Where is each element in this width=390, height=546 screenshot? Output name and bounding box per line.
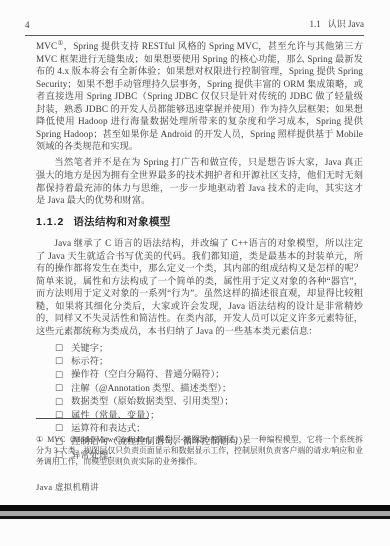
ballot-box-icon: □: [55, 343, 63, 353]
paragraph-lead: MVC: [36, 41, 57, 51]
section-title: 认识 Java: [328, 19, 364, 29]
page-number: 4: [25, 20, 30, 30]
page-body: MVC①，Spring 提供支持 RESTful 风格的 Spring MVC，…: [36, 40, 363, 462]
ballot-box-icon: □: [55, 370, 63, 380]
list-item: □数据类型（原始数据类型、引用类型）；: [55, 395, 363, 408]
list-item-label: 关键字；: [71, 343, 108, 353]
ballot-box-icon: □: [55, 356, 63, 366]
paragraph-java-strength: 当然笔者并不是在为 Spring 打广告和做宣传，只是想告诉大家，Java 真正…: [36, 156, 363, 206]
ballot-box-icon: □: [55, 397, 63, 407]
footer-book-title: Java 虚拟机精讲: [36, 481, 99, 493]
list-item-label: 注解（@Annotation 类型、描述类型）；: [71, 383, 231, 393]
list-item-label: 标示符；: [71, 356, 108, 366]
page-edge-shadow-bottom: [0, 516, 390, 519]
footnote-block: ①MVC（Model-View-Controller，模型层-视图层-控制层）是…: [36, 418, 363, 475]
list-item: □注解（@Annotation 类型、描述类型）；: [55, 382, 363, 395]
paragraph-spring: MVC①，Spring 提供支持 RESTful 风格的 Spring MVC，…: [36, 40, 363, 153]
list-item-label: 操作符（空白分隔符、普通分隔符）；: [71, 369, 224, 379]
paragraph-text: ，Spring 提供支持 RESTful 风格的 Spring MVC，甚至允许…: [36, 41, 363, 151]
list-item: □关键字；: [55, 342, 363, 355]
list-item-label: 数据类型（原始数据类型、引用类型）；: [71, 396, 234, 406]
footnote-divider: [36, 418, 149, 419]
section-label: 1.1: [310, 19, 321, 29]
heading-number: 1.1.2: [36, 216, 64, 228]
paragraph-syntax-model: Java 继承了 C 语言的语法结构，并改编了 C++语言的对象模型，所以注定了…: [36, 237, 363, 337]
list-item: □操作符（空白分隔符、普通分隔符）；: [55, 368, 363, 381]
running-head: 4 1.1认识 Java: [25, 17, 364, 36]
footnote-text: MVC（Model-View-Controller，模型层-视图层-控制层）是一…: [36, 435, 363, 466]
running-head-section: 1.1认识 Java: [310, 17, 365, 30]
list-item: □标示符；: [55, 355, 363, 368]
footnote: ①MVC（Model-View-Controller，模型层-视图层-控制层）是…: [36, 434, 363, 467]
ballot-box-icon: □: [55, 383, 63, 393]
footnote-marker: ①: [36, 435, 43, 444]
section-heading: 1.1.2语法结构和对象模型: [36, 216, 363, 229]
book-page: 4 1.1认识 Java MVC①，Spring 提供支持 RESTful 风格…: [0, 0, 390, 546]
heading-title: 语法结构和对象模型: [73, 216, 170, 228]
